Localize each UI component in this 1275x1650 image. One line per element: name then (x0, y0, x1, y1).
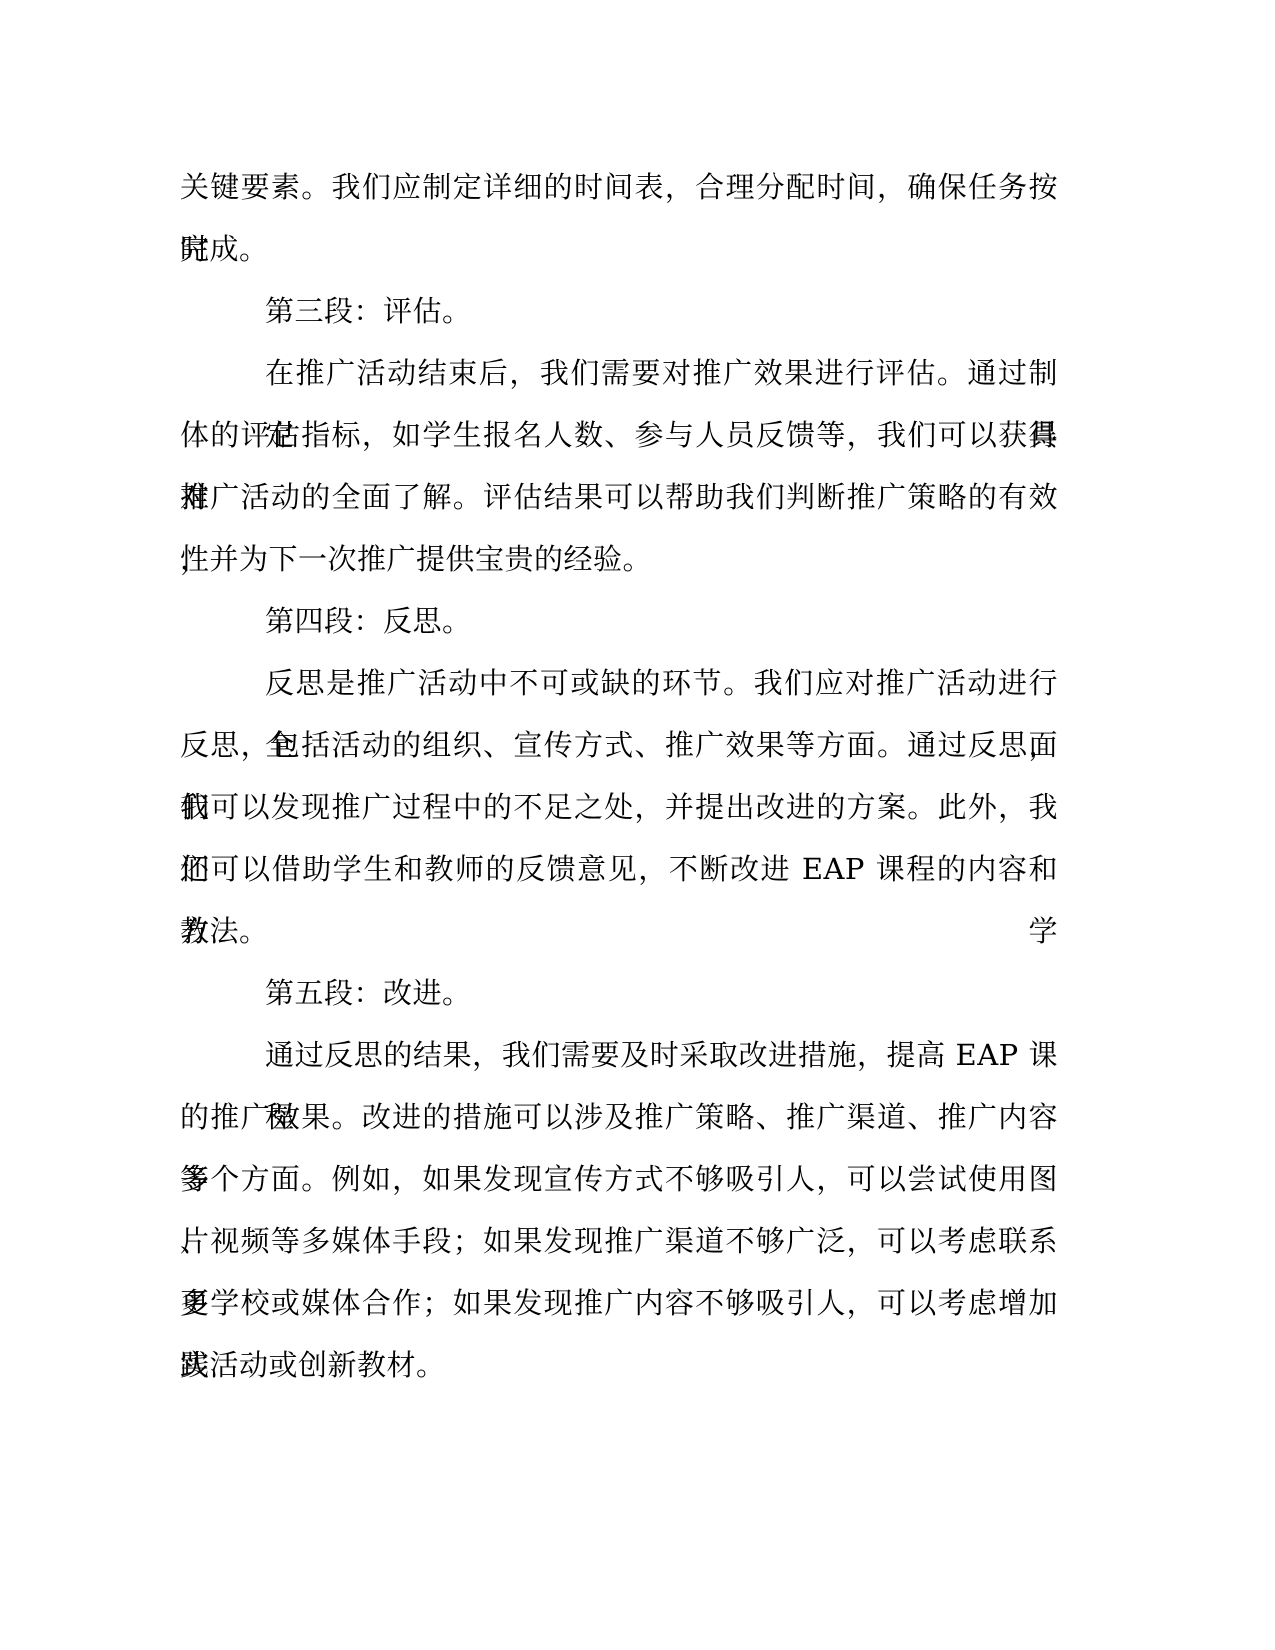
document-line: 的推广效果。改进的措施可以涉及推广策略、推广渠道、推广内容等 (180, 1086, 1058, 1148)
document-line: 通过反思的结果，我们需要及时采取改进措施，提高 EAP 课程 (180, 1024, 1058, 1086)
document-line: ，并为下一次推广提供宝贵的经验。 (180, 528, 1058, 590)
document-line: 第三段：评估。 (180, 280, 1058, 342)
document-page: 关键要素。我们应制定详细的时间表，合理分配时间，确保任务按时完成。第三段：评估。… (0, 0, 1275, 1650)
document-line: 反思是推广活动中不可或缺的环节。我们应对推广活动进行全面 (180, 652, 1058, 714)
document-line: 反思，包括活动的组织、宣传方式、推广效果等方面。通过反思，我 (180, 714, 1058, 776)
document-line: 在推广活动结束后，我们需要对推广效果进行评估。通过制定具 (180, 342, 1058, 404)
document-line: 第四段：反思。 (180, 590, 1058, 652)
document-line: 还可以借助学生和教师的反馈意见，不断改进 EAP 课程的内容和教学 (180, 838, 1058, 900)
document-line: 多学校或媒体合作；如果发现推广内容不够吸引人，可以考虑增加实 (180, 1272, 1058, 1334)
document-line: 践活动或创新教材。 (180, 1334, 1058, 1396)
document-line: 体的评估指标，如学生报名人数、参与人员反馈等，我们可以获得对 (180, 404, 1058, 466)
document-line: 第五段：改进。 (180, 962, 1058, 1024)
document-line: 、视频等多媒体手段；如果发现推广渠道不够广泛，可以考虑联系更 (180, 1210, 1058, 1272)
document-line: 关键要素。我们应制定详细的时间表，合理分配时间，确保任务按时 (180, 156, 1058, 218)
document-line: 们可以发现推广过程中的不足之处，并提出改进的方案。此外，我们 (180, 776, 1058, 838)
document-line: 推广活动的全面了解。评估结果可以帮助我们判断推广策略的有效性 (180, 466, 1058, 528)
document-text-block: 关键要素。我们应制定详细的时间表，合理分配时间，确保任务按时完成。第三段：评估。… (180, 156, 1058, 1396)
document-line: 完成。 (180, 218, 1058, 280)
document-line: 多个方面。例如，如果发现宣传方式不够吸引人，可以尝试使用图片 (180, 1148, 1058, 1210)
